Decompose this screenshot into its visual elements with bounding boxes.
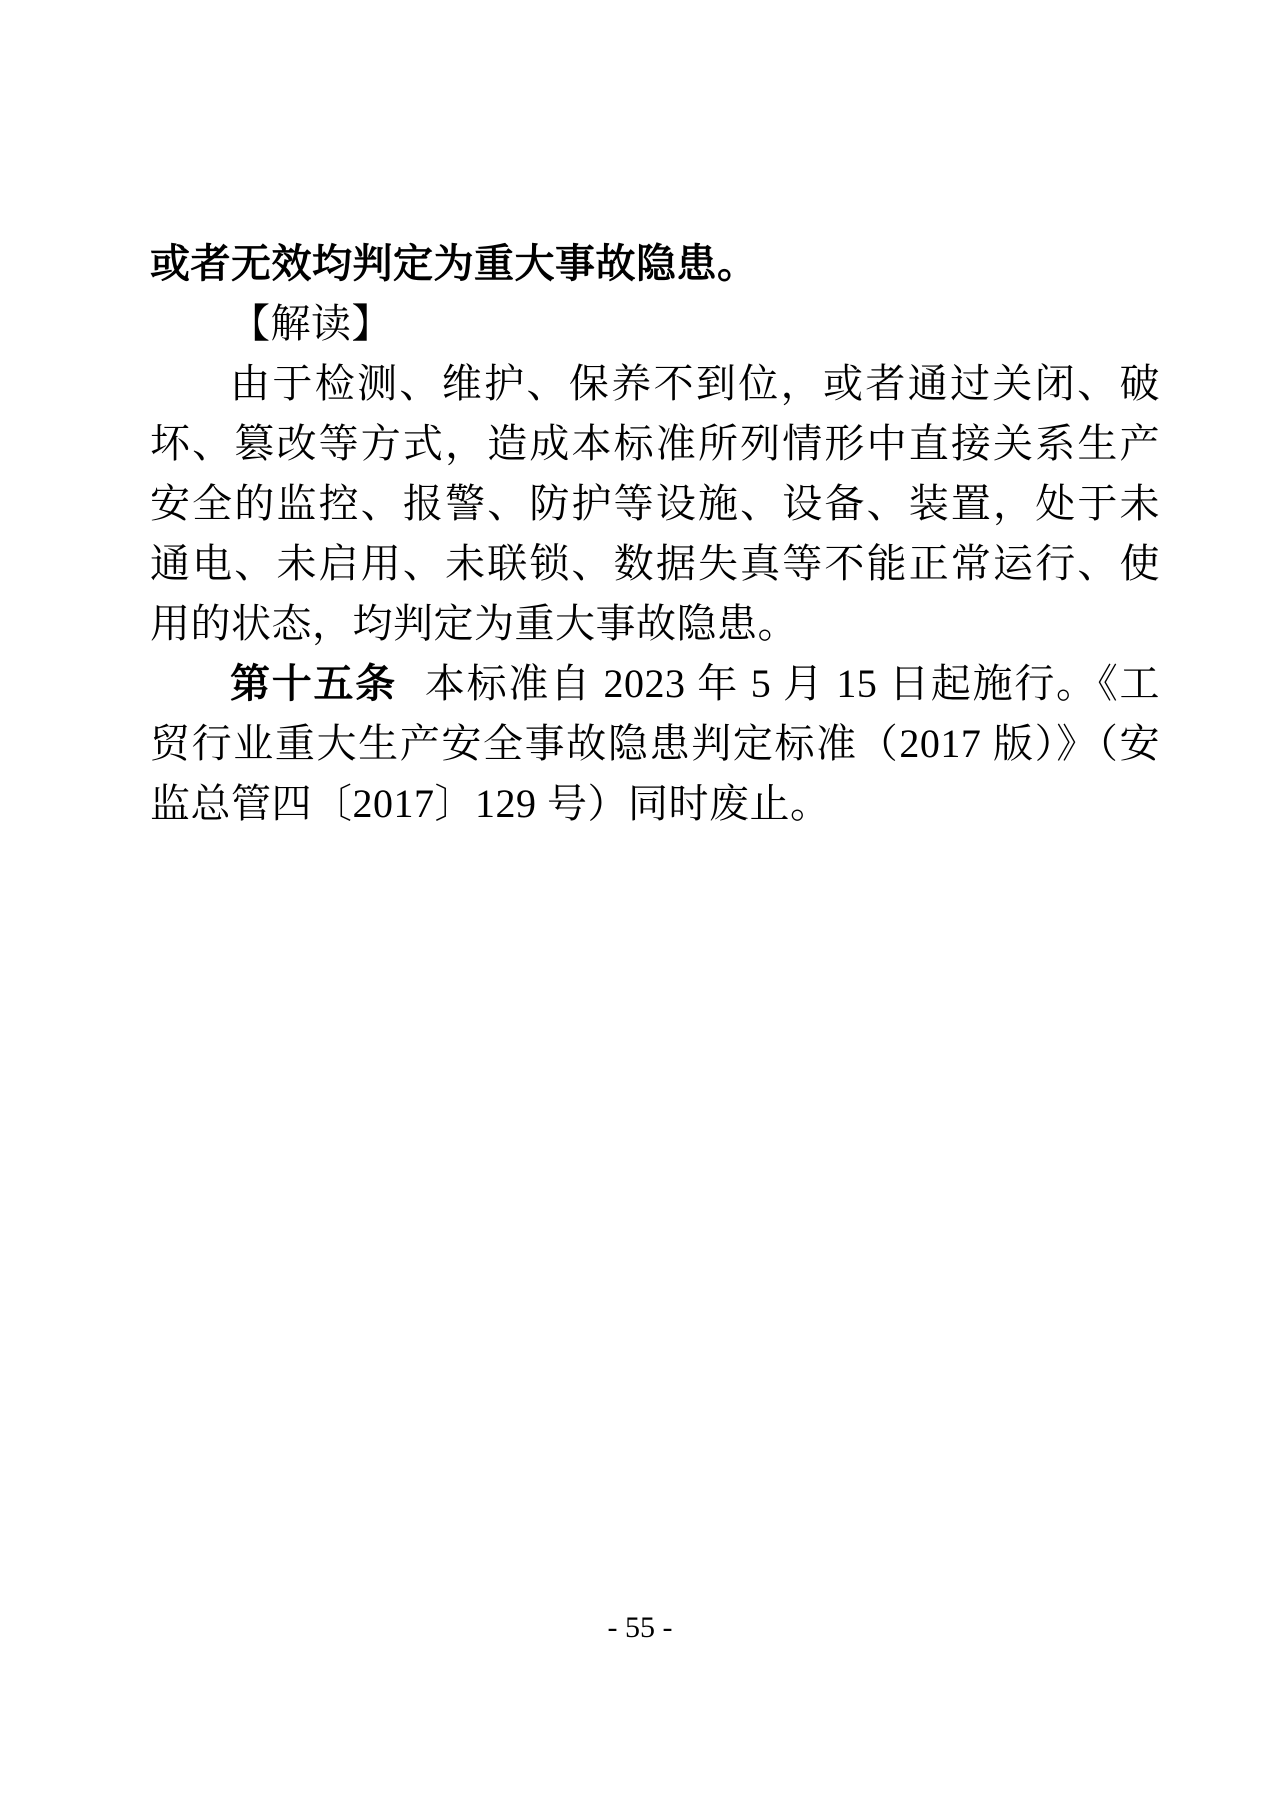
paragraph-jiedu-body: 由于检测、维护、保养不到位，或者通过关闭、破坏、篡改等方式，造成本标准所列情形中…	[150, 354, 1160, 654]
paragraph-jiedu-heading: 【解读】	[150, 294, 1160, 354]
article-15-number: 第十五条	[230, 661, 397, 706]
document-page: 或者无效均判定为重大事故隐患。 【解读】 由于检测、维护、保养不到位，或者通过关…	[0, 0, 1280, 1810]
paragraph-continuation: 或者无效均判定为重大事故隐患。	[150, 234, 1160, 294]
paragraph-article-15: 第十五条本标准自 2023 年 5 月 15 日起施行。《工贸行业重大生产安全事…	[150, 654, 1160, 834]
document-content: 或者无效均判定为重大事故隐患。 【解读】 由于检测、维护、保养不到位，或者通过关…	[150, 234, 1160, 834]
page-number: - 55 -	[0, 1608, 1280, 1648]
